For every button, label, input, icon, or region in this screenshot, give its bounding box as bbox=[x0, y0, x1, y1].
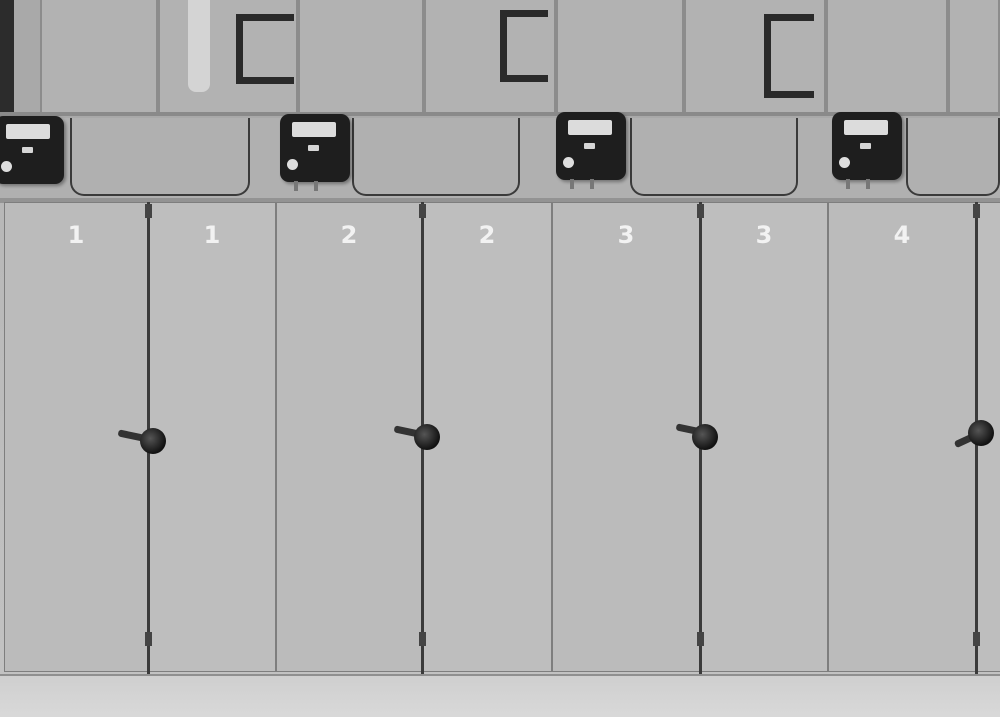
meter-box bbox=[0, 116, 64, 184]
rod-guide bbox=[145, 204, 152, 218]
rod-guide bbox=[973, 204, 980, 218]
door-lock-handle-icon[interactable] bbox=[692, 424, 718, 450]
meter-box bbox=[280, 114, 350, 182]
conduit bbox=[352, 118, 520, 196]
upper-wall-panels bbox=[0, 0, 1000, 118]
meter-terminal bbox=[314, 181, 318, 191]
meter-terminal bbox=[866, 179, 870, 189]
meter-label-plate bbox=[308, 145, 319, 151]
door-lock-handle-icon[interactable] bbox=[414, 424, 440, 450]
meter-terminal bbox=[590, 179, 594, 189]
cabinet-door-2a[interactable]: 2 bbox=[276, 202, 422, 672]
door-number: 1 bbox=[5, 221, 147, 249]
bus-bracket bbox=[236, 14, 294, 84]
conduit bbox=[70, 118, 250, 196]
meter-display bbox=[568, 120, 612, 135]
rod-guide bbox=[145, 632, 152, 646]
rod-guide bbox=[697, 632, 704, 646]
meter-terminal bbox=[570, 179, 574, 189]
upper-panel bbox=[826, 0, 948, 112]
meter-display bbox=[844, 120, 888, 135]
meter-display bbox=[6, 124, 50, 139]
cabinet-door-4[interactable]: 4 bbox=[828, 202, 976, 672]
rod-guide bbox=[697, 204, 704, 218]
left-edge-pipe bbox=[0, 0, 14, 112]
conduit bbox=[630, 118, 798, 196]
bus-bracket bbox=[764, 14, 814, 98]
rod-guide bbox=[419, 632, 426, 646]
door-lock-handle-icon[interactable] bbox=[140, 428, 166, 454]
meter-box bbox=[832, 112, 902, 180]
upper-panel bbox=[948, 0, 1000, 112]
rod-guide bbox=[419, 204, 426, 218]
rod-guide bbox=[973, 632, 980, 646]
door-lock-handle-icon[interactable] bbox=[968, 420, 994, 446]
floor bbox=[0, 674, 1000, 717]
bus-bracket bbox=[500, 10, 548, 82]
cabinet-door-3a[interactable]: 3 bbox=[552, 202, 700, 672]
door-number: 2 bbox=[423, 221, 551, 249]
meter-box bbox=[556, 112, 626, 180]
pipe-insulator bbox=[188, 0, 210, 92]
door-number: 4 bbox=[829, 221, 975, 249]
upper-panel bbox=[556, 0, 684, 112]
upper-panel bbox=[40, 0, 158, 112]
door-number: 1 bbox=[149, 221, 275, 249]
cabinet-door-2b[interactable]: 2 bbox=[422, 202, 552, 672]
meter-terminal bbox=[294, 181, 298, 191]
switchgear-photo: 1 1 2 2 3 3 4 bbox=[0, 0, 1000, 717]
cabinet-door-3b[interactable]: 3 bbox=[700, 202, 828, 672]
meter-label-plate bbox=[22, 147, 33, 153]
conduit bbox=[906, 118, 1000, 196]
upper-panel bbox=[298, 0, 424, 112]
door-number: 3 bbox=[701, 221, 827, 249]
meter-terminal bbox=[846, 179, 850, 189]
meter-label-plate bbox=[584, 143, 595, 149]
meter-dial bbox=[1, 161, 12, 172]
meter-dial bbox=[563, 157, 574, 168]
door-number: 2 bbox=[277, 221, 421, 249]
cabinet-door-1b[interactable]: 1 bbox=[148, 202, 276, 672]
door-number: 3 bbox=[553, 221, 699, 249]
meter-label-plate bbox=[860, 143, 871, 149]
meter-dial bbox=[287, 159, 298, 170]
meter-dial bbox=[839, 157, 850, 168]
cabinet-doors: 1 1 2 2 3 3 4 bbox=[0, 202, 1000, 674]
meter-display bbox=[292, 122, 336, 137]
